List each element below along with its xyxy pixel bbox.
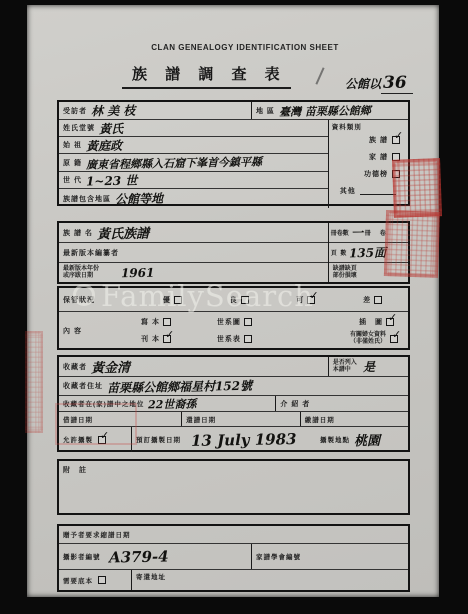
field-referrer: 介 紹 者: [275, 396, 408, 411]
field-submit-date: 繳譜日期: [300, 412, 408, 426]
page-count-value: 135面: [349, 244, 386, 262]
filming-place-label: 攝製地點: [320, 435, 350, 444]
listed-value: 是: [363, 358, 375, 375]
edition-year-value: 1961: [121, 265, 155, 280]
check-mark: ✓: [394, 129, 403, 142]
return-address-label: 寄還地址: [136, 572, 166, 581]
area-value: 臺灣 苗栗縣公館鄉: [279, 102, 371, 120]
other-label: 其他: [340, 186, 356, 196]
field-generations: 世 代 1~23 世: [59, 172, 328, 189]
row-master-copy: 需要底本 寄還地址: [59, 570, 408, 590]
coverage-value: 公館等地: [115, 190, 163, 208]
notes-field: 附 註: [59, 461, 408, 513]
origin-value: 廣東省程鄉縣入石窟下峯首今鎮平縣: [86, 153, 262, 172]
family-genealogy-label: 家 譜: [369, 152, 388, 162]
listed-label: 是否列入 本譜中: [333, 360, 357, 374]
first-ancestor-value: 黃庭政: [86, 136, 122, 154]
holder-address-value: 苗栗縣公館鄉福星村152號: [107, 376, 252, 396]
corner-note-number: 36: [381, 73, 413, 94]
illustration-checkbox: ✓: [386, 318, 394, 326]
compiler-label: 最新版本編纂者: [63, 248, 119, 258]
area-label: 地 區: [256, 106, 275, 116]
condition-excellent: 優: [159, 288, 186, 311]
photographer-number-value: A379-4: [108, 547, 168, 566]
interviewee-label: 受訪者: [63, 106, 87, 116]
genealogy-name-label: 族 譜 名: [63, 228, 93, 238]
stray-pen-mark: [315, 67, 324, 84]
holder-label: 收藏者: [63, 362, 87, 372]
field-return-address: 寄還地址: [131, 570, 408, 590]
photographer-number-label: 攝影者編號: [63, 552, 101, 561]
genealogy-name-value: 黃氏族譜: [97, 223, 149, 243]
watermark-logo-ring: [73, 284, 95, 306]
women-data-checkbox: ✓: [390, 335, 398, 343]
red-seal-fragment-left: [25, 331, 43, 433]
holder-address-label: 收藏者住址: [63, 381, 103, 391]
field-photographer-number: 攝影者編號 A379-4: [59, 544, 251, 569]
master-copy-label: 需要底本: [63, 576, 93, 585]
generations-value: 1~23 世: [86, 171, 138, 189]
content-options-line1: 寫 本 世系圖 插 圖 ✓: [137, 317, 408, 327]
surname-hall-value: 黃氏: [99, 119, 123, 136]
section-condition-content: 保管狀況 優 良 可 ✓ 差: [57, 286, 410, 350]
red-seal-stamp: [384, 210, 440, 278]
pedigree-chart-checkbox: [244, 318, 252, 326]
row-content: 內 容 寫 本 世系圖 插 圖 ✓: [59, 312, 408, 350]
society-number-label: 家譜學會編號: [256, 552, 301, 561]
red-seal-stamp: [392, 158, 442, 218]
origin-label: 原 籍: [63, 158, 82, 168]
page-title: 族 譜 調 查 表: [122, 63, 291, 89]
condition-options: 優 良 可 ✓ 差: [137, 288, 408, 311]
field-return-date: 還譜日期: [181, 412, 300, 426]
field-filming-place: 攝製地點 桃園: [316, 427, 408, 452]
return-date-label: 還譜日期: [186, 415, 216, 424]
row-donor-request: 贈予者要求縮譜日期: [59, 526, 408, 544]
red-seal-fragment-faint: [55, 403, 137, 445]
unit-book: 冊: [365, 228, 372, 237]
content-printed: 刊 本 ✓: [137, 332, 213, 346]
defects-label: 缺譜缺頁 部份損壞: [333, 266, 357, 280]
section-notes: 附 註: [57, 459, 410, 515]
row-condition: 保管狀況 優 良 可 ✓ 差: [59, 288, 408, 312]
field-coverage: 族譜包含地區 公館等地: [59, 189, 328, 208]
row-holder: 收藏者 黃金清 是否列入 本譜中 是: [59, 357, 408, 377]
coverage-label: 族譜包含地區: [63, 194, 111, 204]
volume-left-column: 族 譜 名 黃氏族譜 最新版本編纂者 最新版本年份 或序跋日期: [59, 223, 328, 282]
content-label-cell: 內 容: [59, 312, 137, 350]
field-surname-hall: 姓氏堂號 黃氏: [59, 120, 328, 137]
field-compiler: 最新版本編纂者: [59, 243, 328, 263]
field-first-ancestor: 始 祖 黃庭政: [59, 137, 328, 154]
good-checkbox: [241, 296, 249, 304]
section-basic-lower: 姓氏堂號 黃氏 始 祖 黃庭政 原 籍 廣東省程鄉縣入石窟下峯首今鎮平縣: [59, 120, 408, 208]
filming-place-value: 桃園: [354, 430, 380, 449]
page-count-label: 頁 數: [331, 248, 348, 257]
scanned-form-page: CLAN GENEALOGY IDENTIFICATION SHEET 族 譜 …: [27, 5, 439, 597]
filming-date-value: 13 July 1983: [191, 430, 297, 450]
content-options-line2: 刊 本 ✓ 世系表 有關婦女資料 （非僅姓氏） ✓: [137, 332, 408, 346]
field-holder: 收藏者 黃金清: [59, 357, 328, 376]
volume-columns: 族 譜 名 黃氏族譜 最新版本編纂者 最新版本年份 或序跋日期: [59, 223, 408, 282]
clan-genealogy-label: 族 譜: [369, 135, 388, 145]
volume-count-value: 一: [351, 224, 363, 241]
row-film-numbers: 攝影者編號 A379-4 家譜學會編號: [59, 544, 408, 570]
donor-request-label: 贈予者要求縮譜日期: [63, 530, 131, 539]
field-listed-in-genealogy: 是否列入 本譜中 是: [328, 357, 408, 376]
row-interviewee-area: 受訪者 林 美 枝 地 區 臺灣 苗栗縣公館鄉: [59, 102, 408, 120]
category-option-clan: 族 譜 ✓: [332, 131, 405, 148]
form-header-english: CLAN GENEALOGY IDENTIFICATION SHEET: [51, 43, 439, 52]
surname-hall-label: 姓氏堂號: [63, 123, 95, 133]
field-edition-year: 最新版本年份 或序跋日期 1961: [59, 263, 328, 282]
clan-genealogy-checkbox: ✓: [392, 136, 400, 144]
content-pedigree-table: 世系表: [213, 332, 294, 346]
excellent-checkbox: [174, 296, 182, 304]
submit-date-label: 繳譜日期: [305, 415, 335, 424]
women-data-label: 有關婦女資料 （非僅姓氏）: [350, 332, 386, 346]
filming-date-label: 預訂攝製日期: [136, 435, 181, 444]
section-office-use: 贈予者要求縮譜日期 攝影者編號 A379-4 家譜學會編號 需要底本 寄還地址: [57, 524, 410, 592]
content-label: 內 容: [63, 326, 82, 336]
merit-list-label: 功德榜: [364, 169, 388, 179]
manuscript-checkbox: [163, 318, 171, 326]
condition-poor: 差: [359, 288, 386, 311]
holder-value: 黃金清: [91, 357, 130, 377]
basic-left-column: 姓氏堂號 黃氏 始 祖 黃庭政 原 籍 廣東省程鄉縣入石窟下峯首今鎮平縣: [59, 120, 328, 208]
content-women-data: 有關婦女資料 （非僅姓氏） ✓: [294, 332, 408, 346]
interviewee-value: 林 美 枝: [91, 102, 136, 120]
field-genealogy-name: 族 譜 名 黃氏族譜: [59, 223, 328, 243]
field-origin: 原 籍 廣東省程鄉縣入石窟下峯首今鎮平縣: [59, 154, 328, 172]
poor-checkbox: [374, 296, 382, 304]
referrer-label: 介 紹 者: [280, 399, 310, 409]
pedigree-table-checkbox: [244, 335, 252, 343]
first-ancestor-label: 始 祖: [63, 140, 82, 150]
edition-year-label: 最新版本年份 或序跋日期: [63, 266, 99, 280]
section-volume-info: 族 譜 名 黃氏族譜 最新版本編纂者 最新版本年份 或序跋日期: [57, 221, 410, 284]
field-master-copy: 需要底本: [59, 570, 131, 590]
scan-background: { "scan": { "header_en": "CLAN GENEALOGY…: [0, 0, 468, 614]
content-pedigree-chart: 世系圖: [213, 317, 294, 327]
content-manuscript: 寫 本: [137, 317, 213, 327]
content-illustration: 插 圖 ✓: [294, 317, 408, 327]
master-copy-checkbox: [98, 576, 106, 584]
generations-label: 世 代: [63, 175, 82, 185]
field-filming-date: 預訂攝製日期 13 July 1983: [131, 427, 316, 452]
section-basic-info: 受訪者 林 美 枝 地 區 臺灣 苗栗縣公館鄉 姓氏堂號 黃氏 始 祖: [57, 100, 410, 206]
printed-checkbox: ✓: [163, 335, 171, 343]
field-holder-address: 收藏者住址 苗栗縣公館鄉福星村152號: [59, 377, 256, 395]
field-society-number: 家譜學會編號: [251, 544, 408, 569]
content-options: 寫 本 世系圖 插 圖 ✓ 刊 本 ✓: [137, 312, 408, 350]
condition-fair: 可 ✓: [292, 288, 319, 311]
condition-good: 良: [226, 288, 253, 311]
holder-position-value: 22世裔孫: [148, 395, 197, 412]
corner-note: 公館以36: [345, 73, 413, 93]
other-blank-line: [360, 186, 396, 195]
notes-label: 附 註: [63, 465, 87, 475]
volume-count-label: 冊卷數: [331, 228, 349, 237]
corner-note-prefix: 公館以: [345, 77, 381, 91]
fair-checkbox: ✓: [307, 296, 315, 304]
condition-label-cell: 保管狀況: [59, 288, 137, 311]
field-area: 地 區 臺灣 苗栗縣公館鄉: [251, 102, 408, 119]
field-donor-request: 贈予者要求縮譜日期: [59, 526, 135, 543]
field-interviewee: 受訪者 林 美 枝: [59, 102, 251, 119]
row-holder-address: 收藏者住址 苗栗縣公館鄉福星村152號: [59, 377, 408, 396]
